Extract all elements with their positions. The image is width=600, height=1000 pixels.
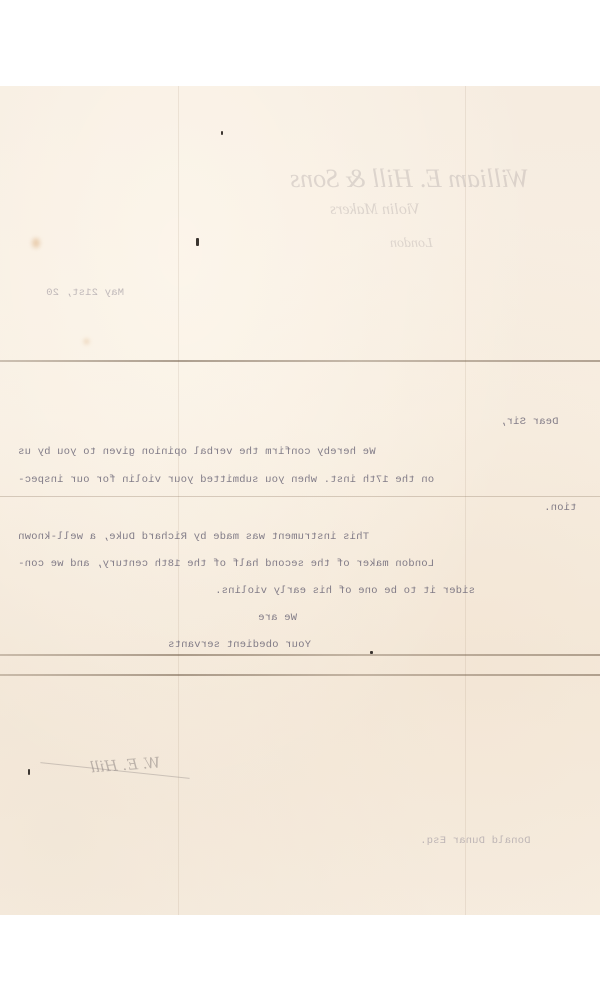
fold-line [0,674,600,676]
letterhead-name: William E. Hill & Sons [290,164,529,194]
letterhead-location: London [390,236,433,252]
letter-date: May 21st, 20 [46,287,124,299]
body-line: This instrument was made by Richard Duke… [18,531,369,543]
ink-speck [221,131,223,135]
body-line: London maker of the second half of the 1… [18,558,434,570]
body-line: on the 17th inst. when you submitted you… [18,474,434,486]
ink-speck [28,769,30,775]
fold-line [0,496,600,497]
body-line: We hereby confirm the verbal opinion giv… [18,446,376,458]
addressee: Donald Dunar Esq. [420,835,531,847]
body-line: tion. [544,502,577,514]
stain-mark [32,238,40,248]
salutation: Dear Sir, [500,416,559,428]
ink-speck [196,238,199,246]
vertical-crease [465,86,466,915]
closing-line: Your obedient servants [168,639,311,651]
stain-mark [84,339,89,344]
scanned-page: William E. Hill & Sons Violin Makers Lon… [0,0,600,1000]
letter-paper: William E. Hill & Sons Violin Makers Lon… [0,86,600,915]
vertical-crease [178,86,179,915]
fold-line [0,360,600,362]
closing-line: We are [258,612,297,624]
body-line: sider it to be one of his early violins. [215,585,475,597]
fold-line [0,654,600,656]
letterhead-subtitle: Violin Makers [330,201,420,219]
